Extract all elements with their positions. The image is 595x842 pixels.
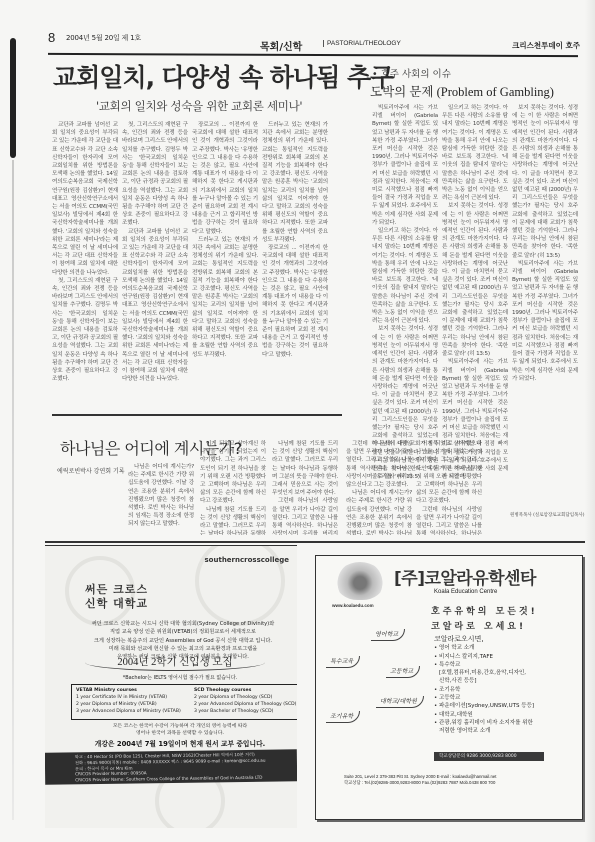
- koala-service-list: 코알라로오시면, 영어 학교 소개 비지니스 칼리지,TAFE 특수학교 [호텔…: [434, 635, 583, 736]
- scc-contact-bar: 학교 : 40 Hector St (PO Box 125), Chester …: [45, 749, 297, 785]
- koala-url: www.koalaedu.com: [332, 603, 374, 608]
- god-article-column-4: 그런데 하나님의 사랑임을 알면 우리가 나아갈 길이 열린다. 그리고 말씀은…: [346, 440, 412, 535]
- scc-brand: southerncrosscollege: [205, 556, 289, 564]
- koala-phone-bar: 학교상담문의 9286 3000,9283 8000: [434, 752, 544, 761]
- speech-bubble: 영어학교: [371, 629, 405, 641]
- scc-ielts-note: *Bachelor는 IELTS 영어시험 점수가 필요 없습니다.: [65, 674, 295, 681]
- gambling-column-3: 보지 못하는 것이다. 성경에 는 이 한 사람은 어쩌면 병적인 눈이 어두워…: [512, 104, 578, 509]
- god-article-column-1: 나님은 어디에 계시는가?라는 주제로 한시간 가량 워십도움에 강연했다. 이…: [128, 463, 194, 535]
- binding-shadow: [10, 38, 16, 158]
- main-article-title: 교회일치, 다양성 속 하나됨 추구: [53, 58, 393, 94]
- main-article-subtitle: '교회의 일치와 성숙을 위한 교회론 세미나': [96, 98, 302, 114]
- speech-bubble: 대학교/대학원: [376, 696, 424, 708]
- main-article-column-1: 교단과 교파를 넘어선 교회 일치의 중요성이 부각되고 있는 가운데 각 교단…: [52, 121, 118, 406]
- scan-edge-shadow: [585, 0, 595, 842]
- scc-open-notice: 개강은 2004년 7월 19일이며 현재 원서 교부 중입니다.: [65, 738, 295, 748]
- vetab-courses: VETAB Ministry courses 1 year Certificat…: [76, 687, 191, 715]
- southern-cross-college-ad: southerncrosscollege 써든 크로스 신학 대학교 써던 크로…: [45, 545, 297, 828]
- gambling-byline: 원병묵목사 (실로암장로교회담임목사): [510, 512, 585, 518]
- koala-name-en: Koala Education Centre: [434, 589, 497, 595]
- god-article-column-2: 이게 되었고 살아계신 하나님을 섬기게 되었는지 이야기했다. 그는 과거 그…: [200, 440, 266, 535]
- koala-education-ad: www.koalaedu.com [주]코알라유학센타 Koala Educat…: [315, 555, 583, 820]
- newspaper-page: 8 2004년 5월 20일 제 1호 목회/신학 PASTORIAL/THEO…: [0, 0, 595, 842]
- issue-date: 2004년 5월 20일 제 1호: [66, 33, 141, 43]
- scc-course-box: VETAB Ministry courses 1 year Certificat…: [71, 684, 297, 720]
- god-article-column-5: 이게 되었고 살아계신 하나님을 섬기게 되었는지 이야기했다. 그는 과거 그…: [416, 440, 482, 535]
- koala-slogan-1: 호주유학의 모든것!: [431, 604, 538, 617]
- main-article-column-2: 첫, 그리스도의 재현된 구속, 인간의 죄와 전쟁 등을 바라보며 그리스도 …: [122, 121, 188, 406]
- section-title: 목회/신학: [260, 38, 302, 53]
- scc-recruit-title: 2004년 2학기 신입생 모집: [85, 654, 265, 671]
- gambling-title: 도박의 문제 (Problem of Gambling): [370, 82, 554, 100]
- page-number: 8: [48, 30, 55, 45]
- publication-name: 크리스천투데이 호주: [512, 40, 580, 51]
- koala-slogan-2: 코알라로 오세요!: [431, 619, 526, 632]
- scc-language-note: 모든 코스는 한국어 수강이 가능하며 각 개인의 영어 능력에 따라 영어나 …: [65, 723, 295, 737]
- koala-name: [주]코알라유학센타: [394, 564, 536, 589]
- fold-line: [12, 160, 14, 820]
- speech-bubble: 특수교육: [326, 656, 360, 668]
- speech-bubble: 고등학교: [386, 666, 420, 678]
- scc-name-line2: 신학 대학교: [85, 595, 148, 611]
- gambling-kicker: • 호주 사회의 이슈: [372, 66, 451, 80]
- scd-courses: SCD Theology courses 2 year Diploma of T…: [194, 687, 297, 715]
- god-article-column-3: 나님께 참된 기도를 드리는 것이 신앙 생활의 핵심이라고 말했다. 그러므로…: [272, 440, 338, 535]
- page-header: 8 2004년 5월 20일 제 1호 목회/신학 PASTORIAL/THEO…: [48, 30, 588, 54]
- section-title-en: PASTORIAL/THEOLOGY: [323, 40, 401, 47]
- ad-divider: [45, 541, 585, 543]
- koala-icon: [336, 562, 384, 600]
- main-article-column-4: 드러누고 있는 현재의 가치관 속에서 교회는 분명한 정체성의 위기 가운데 …: [262, 121, 328, 406]
- god-article-subtitle: 에릭로빈박사 강연회 기록: [57, 466, 125, 475]
- koala-address: Suite 201, Level 2 379-383 Pitt St. Sydn…: [344, 774, 574, 786]
- main-article-column-3: 장로교의 ... 이전까지 한국교회에 대해 설한 대표적인 것이 개혁과의 그…: [192, 121, 258, 406]
- speech-bubble: 조기유학: [326, 711, 360, 723]
- section-divider: [52, 414, 342, 416]
